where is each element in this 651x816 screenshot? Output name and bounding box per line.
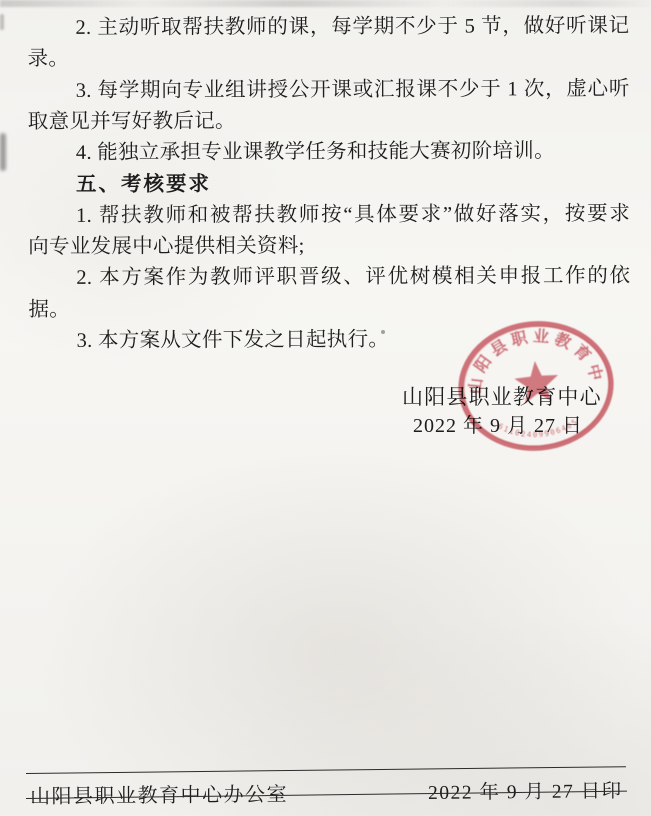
document-line: 取意见并写好教后记。 bbox=[28, 105, 630, 138]
document-line: 2. 本方案作为教师评职晋级、评优树模相关申报工作的依 bbox=[28, 261, 630, 294]
scan-artifact-top-band bbox=[0, 0, 651, 7]
scan-artifact-left-mark bbox=[0, 14, 4, 30]
footer-office: 山阳县职业教育中心办公室 bbox=[30, 778, 288, 809]
official-seal: 山阳县职业教育中心 61102409906405 bbox=[452, 314, 620, 458]
scan-artifact-left-mark bbox=[0, 133, 6, 171]
footer-print-date: 2022 年 9 月 27 日印 bbox=[428, 775, 623, 805]
document-body: 2. 主动听取帮扶教师的课，每学期不少于 5 节，做好听课记录。3. 每学期向专… bbox=[27, 11, 630, 357]
document-line: 3. 每学期向专业组讲授公开课或汇报课不少于 1 次，虚心听 bbox=[28, 74, 630, 107]
document-line: 向专业发展中心提供相关资料; bbox=[28, 230, 630, 263]
document-line: 4. 能独立承担专业课教学任务和技能大赛初阶培训。 bbox=[28, 136, 630, 169]
document-line: 录。 bbox=[28, 42, 630, 75]
footer-rule-top bbox=[26, 766, 626, 774]
section-heading: 五、考核要求 bbox=[28, 167, 630, 200]
document-line: 2. 主动听取帮扶教师的课，每学期不少于 5 节，做好听课记 bbox=[27, 11, 629, 44]
document-line: 1. 帮扶教师和被帮扶教师按“具体要求”做好落实，按要求 bbox=[28, 199, 630, 232]
seal-star-icon bbox=[513, 359, 560, 404]
document-page: 2. 主动听取帮扶教师的课，每学期不少于 5 节，做好听课记录。3. 每学期向专… bbox=[0, 0, 651, 816]
